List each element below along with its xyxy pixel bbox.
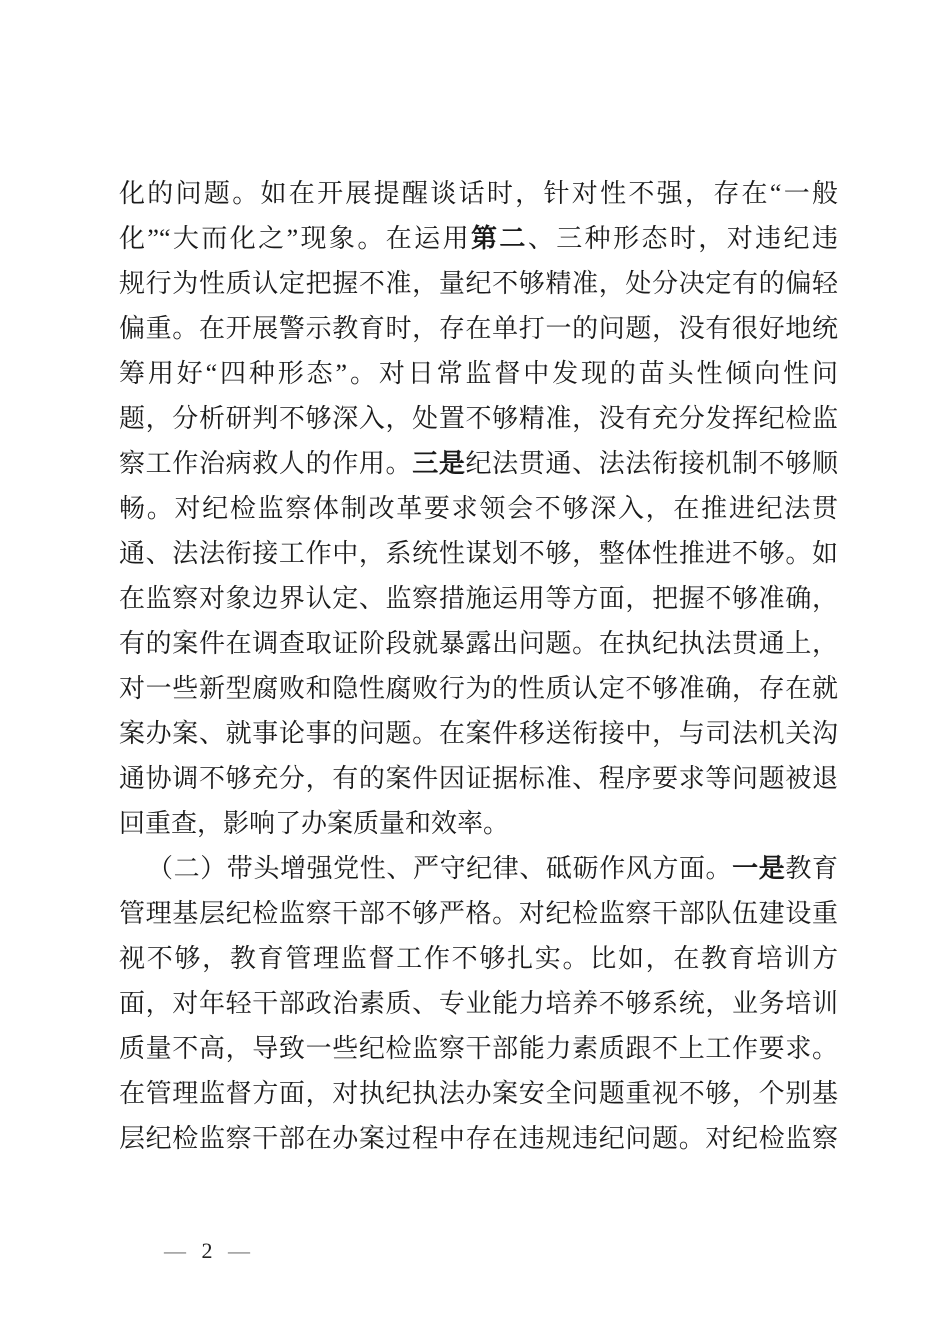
text-segment: 在管理监督方面，对执纪执法办案安全问题重视不够，个别基 — [119, 1079, 838, 1108]
text-segment: 化的问题。如在开展提醒谈话时，针对性不强，存在“一般 — [119, 179, 838, 208]
text-segment: 偏重。在开展警示教育时，存在单打一的问题，没有很好地统 — [119, 314, 838, 343]
text-line: 察工作治病救人的作用。三是纪法贯通、法法衔接机制不够顺 — [119, 441, 838, 486]
text-segment: 题，分析研判不够深入，处置不够精准，没有充分发挥纪检监 — [119, 404, 838, 433]
text-line: 对一些新型腐败和隐性腐败行为的性质认定不够准确，存在就 — [119, 666, 838, 711]
text-line: 通协调不够充分，有的案件因证据标准、程序要求等问题被退 — [119, 756, 838, 801]
text-segment: （二）带头增强党性、严守纪律、砥砺作风方面。 — [147, 854, 732, 883]
page-footer: — 2 — — [158, 1238, 256, 1264]
text-segment: 面，对年轻干部政治素质、专业能力培养不够系统，业务培训 — [119, 989, 838, 1018]
text-line: 质量不高，导致一些纪检监察干部能力素质跟不上工作要求。 — [119, 1026, 838, 1071]
text-segment: 规行为性质认定把握不准，量纪不够精准，处分决定有的偏轻 — [119, 269, 838, 298]
text-line: 面，对年轻干部政治素质、专业能力培养不够系统，业务培训 — [119, 981, 838, 1026]
text-line: 题，分析研判不够深入，处置不够精准，没有充分发挥纪检监 — [119, 396, 838, 441]
text-line: 有的案件在调查取证阶段就暴露出问题。在执纪执法贯通上， — [119, 621, 838, 666]
text-segment: 管理基层纪检监察干部不够严格。对纪检监察干部队伍建设重 — [119, 899, 838, 928]
footer-dash-right: — — [228, 1238, 250, 1263]
text-segment: 层纪检监察干部在办案过程中存在违规违纪问题。对纪检监察 — [119, 1124, 838, 1153]
text-segment: 通协调不够充分，有的案件因证据标准、程序要求等问题被退 — [119, 764, 838, 793]
text-line: 在监察对象边界认定、监察措施运用等方面，把握不够准确， — [119, 576, 838, 621]
text-segment: 质量不高，导致一些纪检监察干部能力素质跟不上工作要求。 — [119, 1034, 838, 1063]
text-segment: 通、法法衔接工作中，系统性谋划不够，整体性推进不够。如 — [119, 539, 838, 568]
text-line: 筹用好“四种形态”。对日常监督中发现的苗头性倾向性问 — [119, 351, 838, 396]
text-line: 在管理监督方面，对执纪执法办案安全问题重视不够，个别基 — [119, 1071, 838, 1116]
text-segment: 察工作治病救人的作用。 — [119, 449, 412, 478]
text-line: 通、法法衔接工作中，系统性谋划不够，整体性推进不够。如 — [119, 531, 838, 576]
text-segment: 筹用好“四种形态”。对日常监督中发现的苗头性倾向性问 — [119, 359, 838, 388]
text-line: 管理基层纪检监察干部不够严格。对纪检监察干部队伍建设重 — [119, 891, 838, 936]
bold-text-segment: 第二 — [471, 224, 528, 253]
text-segment: 纪法贯通、法法衔接机制不够顺 — [466, 449, 838, 478]
document-body: 化的问题。如在开展提醒谈话时，针对性不强，存在“一般化”“大而化之”现象。在运用… — [119, 171, 838, 1161]
text-line: （二）带头增强党性、严守纪律、砥砺作风方面。一是教育 — [119, 846, 838, 891]
text-line: 化”“大而化之”现象。在运用第二、三种形态时，对违纪违 — [119, 216, 838, 261]
text-line: 偏重。在开展警示教育时，存在单打一的问题，没有很好地统 — [119, 306, 838, 351]
text-segment: 化”“大而化之”现象。在运用 — [119, 224, 471, 253]
text-line: 规行为性质认定把握不准，量纪不够精准，处分决定有的偏轻 — [119, 261, 838, 306]
text-line: 畅。对纪检监察体制改革要求领会不够深入，在推进纪法贯 — [119, 486, 838, 531]
document-page: 化的问题。如在开展提醒谈话时，针对性不强，存在“一般化”“大而化之”现象。在运用… — [0, 0, 950, 1344]
bold-text-segment: 一是 — [732, 854, 785, 883]
text-segment: 教育 — [785, 854, 838, 883]
text-line: 层纪检监察干部在办案过程中存在违规违纪问题。对纪检监察 — [119, 1116, 838, 1161]
text-line: 视不够，教育管理监督工作不够扎实。比如，在教育培训方 — [119, 936, 838, 981]
text-segment: 视不够，教育管理监督工作不够扎实。比如，在教育培训方 — [119, 944, 838, 973]
text-segment: 在监察对象边界认定、监察措施运用等方面，把握不够准确， — [119, 584, 838, 613]
text-line: 回重查，影响了办案质量和效率。 — [119, 801, 838, 846]
page-number: 2 — [202, 1238, 213, 1263]
text-line: 案办案、就事论事的问题。在案件移送衔接中，与司法机关沟 — [119, 711, 838, 756]
bold-text-segment: 三是 — [412, 449, 465, 478]
text-segment: 畅。对纪检监察体制改革要求领会不够深入，在推进纪法贯 — [119, 494, 838, 523]
text-segment: 对一些新型腐败和隐性腐败行为的性质认定不够准确，存在就 — [119, 674, 838, 703]
footer-dash-left: — — [164, 1238, 186, 1263]
text-line: 化的问题。如在开展提醒谈话时，针对性不强，存在“一般 — [119, 171, 838, 216]
text-segment: 、三种形态时，对违纪违 — [528, 224, 838, 253]
text-segment: 案办案、就事论事的问题。在案件移送衔接中，与司法机关沟 — [119, 719, 838, 748]
text-segment: 回重查，影响了办案质量和效率。 — [119, 809, 509, 838]
text-segment: 有的案件在调查取证阶段就暴露出问题。在执纪执法贯通上， — [119, 629, 838, 658]
